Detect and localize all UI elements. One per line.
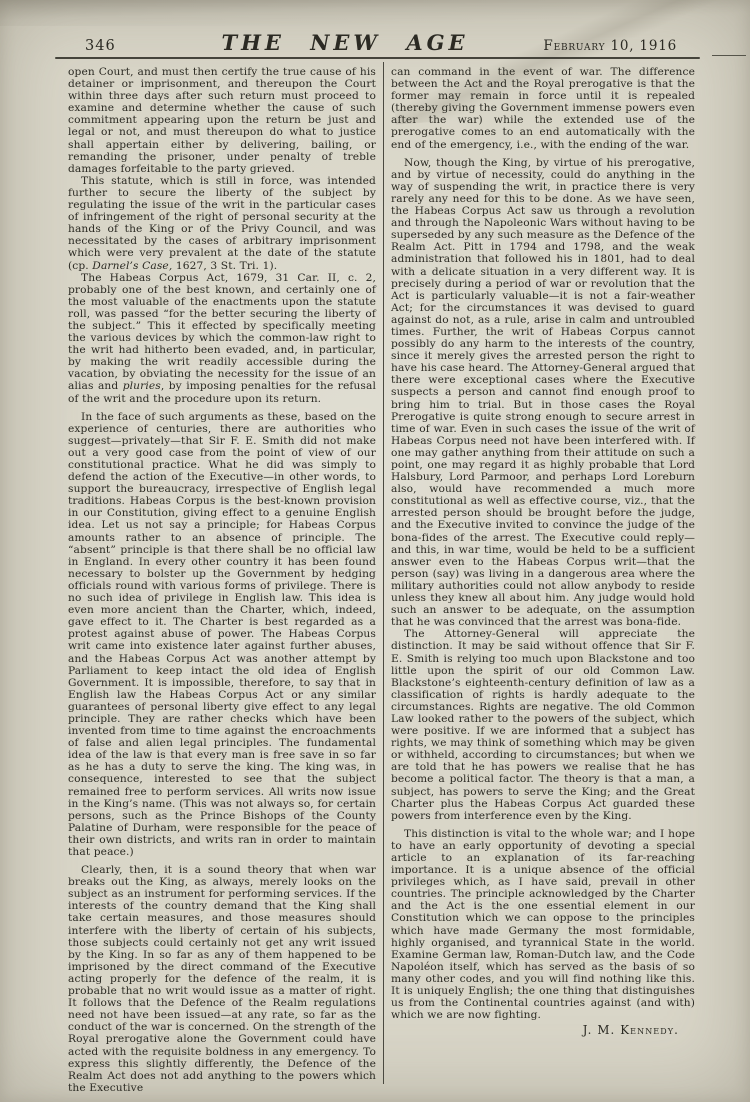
article-paragraph: can command in the event of war. The dif…: [391, 66, 695, 151]
italic-text-run: pluries: [123, 379, 161, 392]
text-run: This statute, which is still in force, w…: [68, 174, 376, 272]
text-run: Now, though the King, by virtue of his p…: [391, 156, 695, 629]
column-divider-rule: [383, 62, 384, 1084]
article-paragraph: This distinction is vital to the whole w…: [391, 828, 695, 1022]
magazine-page: 346 THE NEW AGE February 10, 1916 open C…: [0, 0, 750, 1102]
text-run: The Habeas Corpus Act, 1679, 31 Car. II,…: [68, 271, 376, 393]
article-column-right: can command in the event of war. The dif…: [391, 66, 695, 1036]
text-run: 1627, 3 St. Tri. 1).: [172, 259, 277, 272]
text-run: can command in the event of war. The dif…: [391, 65, 695, 151]
article-paragraph: The Habeas Corpus Act, 1679, 31 Car. II,…: [68, 272, 376, 405]
article-column-left: open Court, and must then certify the tr…: [68, 66, 376, 1094]
text-run: The Attorney-General will appreciate the…: [391, 627, 695, 821]
article-paragraph: In the face of such arguments as these, …: [68, 411, 376, 858]
page-header: 346 THE NEW AGE February 10, 1916: [55, 30, 705, 56]
article-paragraph: This statute, which is still in force, w…: [68, 175, 376, 272]
article-paragraph: open Court, and must then certify the tr…: [68, 66, 376, 175]
text-run: Clearly, then, it is a sound theory that…: [68, 863, 376, 1094]
header-rule-fragment: [712, 55, 746, 56]
text-run: open Court, and must then certify the tr…: [68, 65, 376, 175]
page-number: 346: [55, 38, 175, 54]
article-paragraph: Clearly, then, it is a sound theory that…: [68, 864, 376, 1094]
author-signature: J. M. Kennedy.: [391, 1024, 695, 1036]
masthead-title: THE NEW AGE: [175, 30, 515, 55]
issue-date: February 10, 1916: [515, 38, 705, 54]
article-paragraph: The Attorney-General will appreciate the…: [391, 628, 695, 822]
article-paragraph: Now, though the King, by virtue of his p…: [391, 157, 695, 629]
italic-text-run: Darnel’s Case,: [92, 259, 172, 272]
header-rule: [55, 57, 700, 59]
paper-crease-top: [0, 0, 750, 26]
text-run: This distinction is vital to the whole w…: [391, 827, 695, 1021]
text-run: In the face of such arguments as these, …: [68, 410, 376, 858]
